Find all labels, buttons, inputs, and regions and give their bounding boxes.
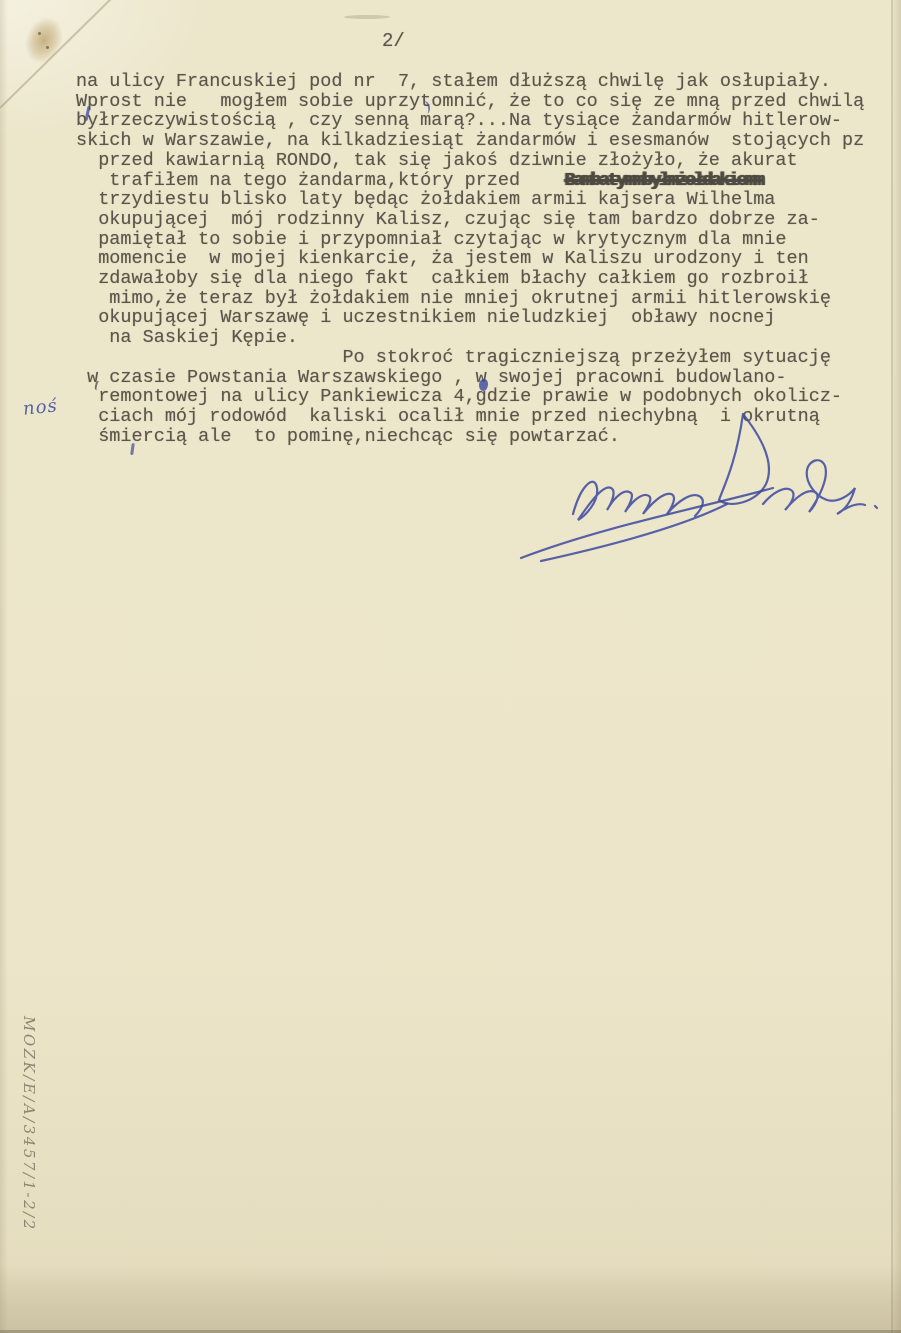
page-number: 2/ [382, 30, 405, 52]
ink-comma-mark [130, 443, 134, 455]
paper-right-edge [891, 0, 893, 1333]
typewritten-line: przed kawiarnią RONDO, tak się jakoś dzi… [76, 151, 864, 171]
signature-dot [875, 506, 877, 508]
typewritten-text-block: na ulicy Francuskiej pod nr 7, stałem dł… [76, 72, 864, 446]
typewritten-line: trzydiestu blisko laty będąc żołdakiem a… [76, 190, 864, 210]
typewritten-line: w czasie Powstania Warszawskiego , w swo… [76, 368, 864, 388]
paper-left-shadow [0, 0, 8, 1333]
typewritten-line: remontowej na ulicy Pankiewicza 4,gdzie … [76, 387, 864, 407]
typewritten-line: Wprost nie mogłem sobie uprzytomnić, że … [76, 92, 864, 112]
faint-smudge [344, 15, 390, 19]
stain-speck [38, 32, 41, 35]
signature-underline-stroke [521, 488, 773, 558]
typewritten-line: Po stokroć tragiczniejszą przeżyłem sytu… [76, 348, 864, 368]
paper-stain [18, 11, 69, 69]
typewritten-line: okupującej Warszawę i uczestnikiem nielu… [76, 308, 864, 328]
typewritten-line: zdawałoby się dla niego fakt całkiem bła… [76, 269, 864, 289]
signature-first-name-stroke [573, 482, 703, 520]
handwritten-signature [515, 408, 895, 573]
typewritten-line: mimo,że teraz był żołdakiem nie mniej ok… [76, 289, 864, 309]
signature-last-name-stroke [763, 460, 865, 514]
typewritten-line: na Saskiej Kępie. [76, 328, 864, 348]
typewritten-line: skich w Warszawie, na kilkadziesiąt żand… [76, 131, 864, 151]
typewritten-line-segment: trafiłem na tego żandarma,który przed [76, 170, 564, 191]
scanned-typewritten-page: 2/ na ulicy Francuskiej pod nr 7, stałem… [0, 0, 901, 1333]
typewritten-line: trafiłem na tego żandarma,który przed Ba… [76, 171, 864, 191]
typewritten-line: byłrzeczywistością , czy senną marą?...N… [76, 111, 864, 131]
archive-reference-number: MOZK/E/A/3457/1-2/2 [20, 1016, 38, 1232]
stain-speck [46, 46, 49, 49]
handwritten-margin-note: noś [22, 395, 59, 420]
overstruck-correction: Bambatymmbyłmżołdakiemm [564, 170, 762, 191]
typewritten-line: na ulicy Francuskiej pod nr 7, stałem dł… [76, 72, 864, 92]
signature-loop-stroke [719, 414, 769, 504]
typewritten-line: momencie w mojej kienkarcie, ża jestem w… [76, 249, 864, 269]
typewritten-line: okupującej mój rodzinny Kalisz, czując s… [76, 210, 864, 230]
paper-bottom-shadow [0, 1263, 901, 1333]
typewritten-line: pamiętał to sobie i przypomniał czytając… [76, 230, 864, 250]
